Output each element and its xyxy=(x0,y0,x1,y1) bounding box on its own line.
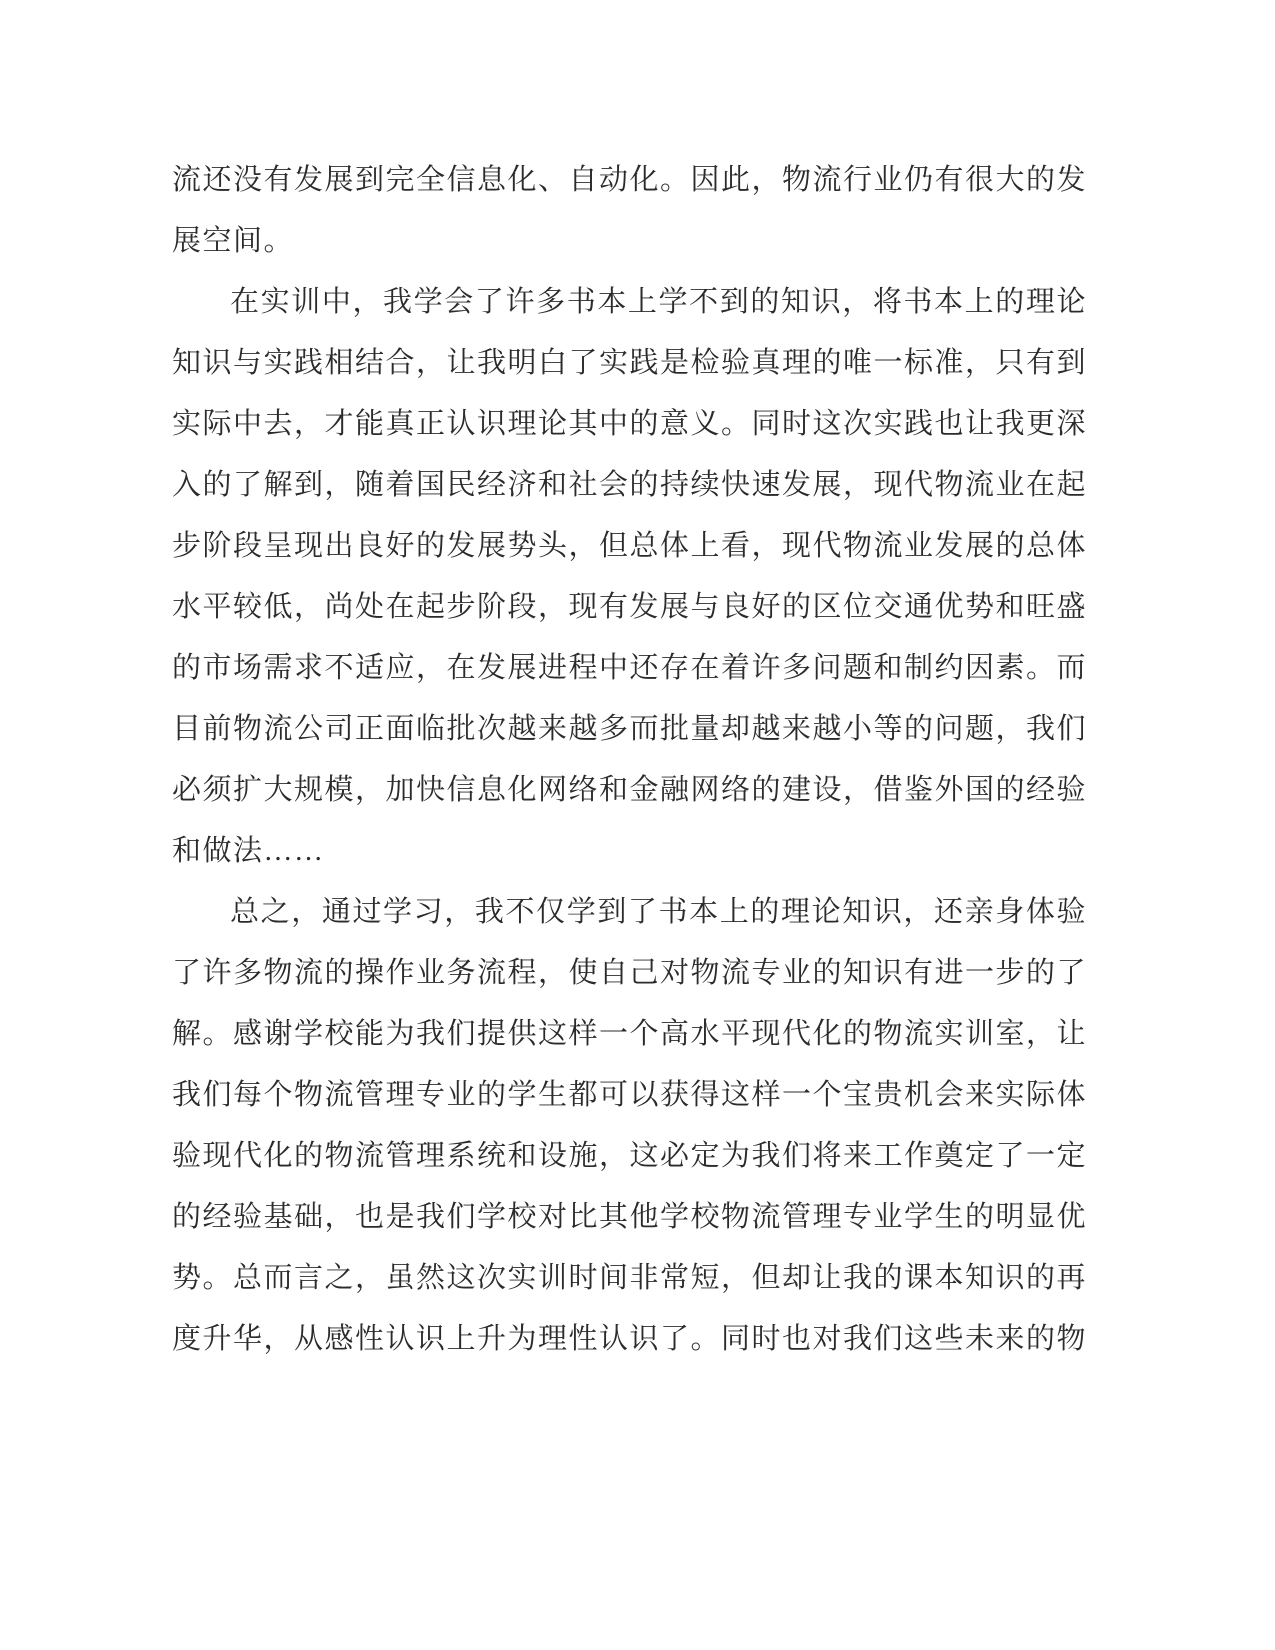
paragraph-continuation: 流还没有发展到完全信息化、自动化。因此，物流行业仍有很大的发展空间。 xyxy=(172,150,1087,272)
document-page: 流还没有发展到完全信息化、自动化。因此，物流行业仍有很大的发展空间。 在实训中，… xyxy=(0,0,1275,1650)
document-text-block: 流还没有发展到完全信息化、自动化。因此，物流行业仍有很大的发展空间。 在实训中，… xyxy=(172,150,1087,1370)
paragraph-summary: 总之，通过学习，我不仅学到了书本上的理论知识，还亲身体验了许多物流的操作业务流程… xyxy=(172,882,1087,1370)
paragraph-training-experience: 在实训中，我学会了许多书本上学不到的知识，将书本上的理论知识与实践相结合，让我明… xyxy=(172,272,1087,882)
